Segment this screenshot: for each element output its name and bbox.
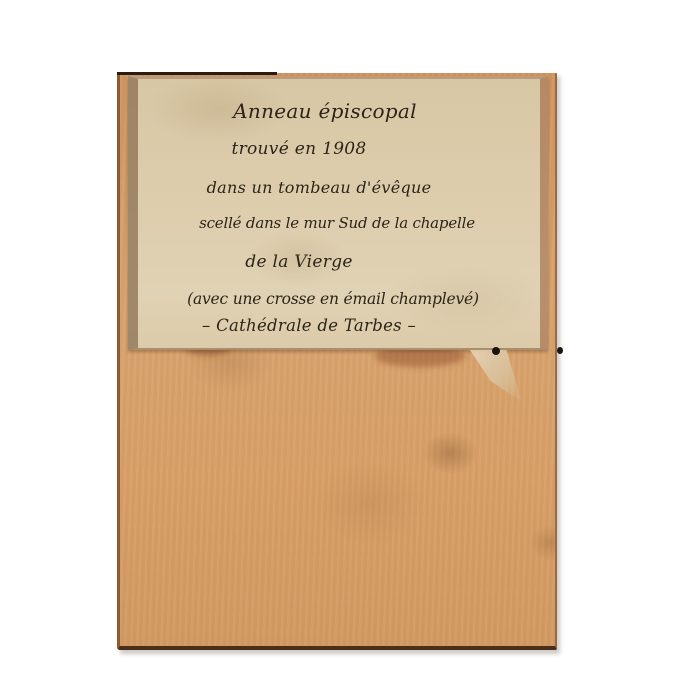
label-line: Anneau épiscopal bbox=[124, 101, 526, 121]
label-line: (avec une crosse en émail champlevé) bbox=[132, 289, 534, 309]
handwritten-inscription: Anneau épiscopal trouvé en 1908 dans un … bbox=[138, 79, 540, 348]
label-line: trouvé en 1908 bbox=[98, 139, 500, 159]
nail-head-icon bbox=[492, 347, 500, 355]
paper-label: Anneau épiscopal trouvé en 1908 dans un … bbox=[128, 76, 548, 350]
label-line: scellé dans le mur Sud de la chapelle bbox=[136, 213, 538, 233]
panel-top-edge bbox=[117, 72, 277, 75]
label-line: dans un tombeau d'évêque bbox=[118, 178, 520, 198]
nail-head-icon bbox=[557, 347, 563, 354]
label-line: – Cathédrale de Tarbes – bbox=[108, 316, 510, 336]
photo-scene: Anneau épiscopal trouvé en 1908 dans un … bbox=[0, 0, 700, 700]
label-line: de la Vierge bbox=[98, 252, 500, 272]
